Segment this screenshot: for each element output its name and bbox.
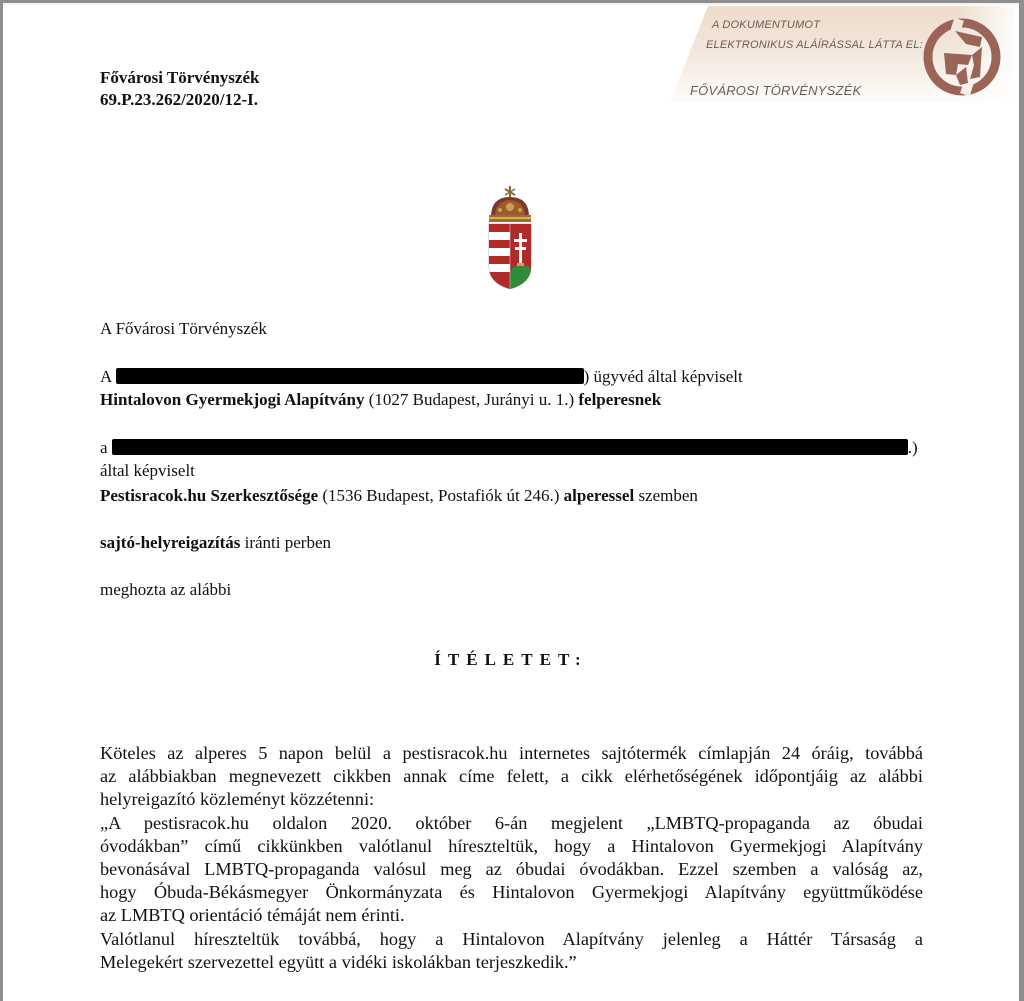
verdict-title: ÍTÉLETET: bbox=[3, 648, 1019, 671]
page-edge bbox=[3, 3, 1019, 5]
court-header: Fővárosi Törvényszék 69.P.23.262/2020/12… bbox=[100, 67, 259, 111]
delivered-line: meghozta az alábbi bbox=[100, 578, 231, 601]
plaintiff-line: Hintalovon Gyermekjogi Alapítvány (1027 … bbox=[100, 388, 661, 411]
case-type: sajtó-helyreigazítás bbox=[100, 533, 240, 552]
case-number: 69.P.23.262/2020/12-I. bbox=[100, 89, 259, 111]
defendant-name: Pestisracok.hu Szerkesztősége bbox=[100, 486, 318, 505]
defendant-suffix: szemben bbox=[634, 486, 698, 505]
plaintiff-address: (1027 Budapest, Jurányi u. 1.) bbox=[364, 390, 578, 409]
plaintiff-rep-prefix: A bbox=[100, 367, 111, 386]
plaintiff-name: Hintalovon Gyermekjogi Alapítvány bbox=[100, 390, 364, 409]
verdict-line: hogy Óbuda-Békásmegyer Önkormányzata és … bbox=[100, 881, 923, 904]
plaintiff-role: felperesnek bbox=[578, 390, 661, 409]
verdict-line: helyreigazító közleményt közzétenni: bbox=[100, 788, 923, 811]
verdict-line: az LMBTQ orientáció témáját nem érinti. bbox=[100, 904, 923, 927]
verdict-line: Melegekért szervezettel együtt a vidéki … bbox=[100, 951, 923, 974]
stamp-line-2: ELEKTRONIKUS ALÁÍRÁSSAL LÁTTA EL: bbox=[706, 34, 923, 57]
hungarian-coat-of-arms-icon bbox=[483, 183, 537, 291]
defendant-rep-prefix: a bbox=[100, 438, 108, 457]
verdict-line: bevonásával LMBTQ-propaganda valósul meg… bbox=[100, 858, 923, 881]
verdict-line: Valótlanul híreszteltük továbbá, hogy a … bbox=[100, 928, 923, 951]
case-type-line: sajtó-helyreigazítás iránti perben bbox=[100, 531, 331, 554]
verdict-line: óvodákban” című cikkünkben valótlanul hí… bbox=[100, 835, 923, 858]
document-page: A DOKUMENTUMOT ELEKTRONIKUS ALÁÍRÁSSAL L… bbox=[3, 3, 1019, 1001]
defendant-address: (1536 Budapest, Postafiók út 246.) bbox=[318, 486, 564, 505]
electronic-signature-stamp: A DOKUMENTUMOT ELEKTRONIKUS ALÁÍRÁSSAL L… bbox=[670, 6, 1015, 102]
court-seal-logo-icon bbox=[922, 17, 1002, 97]
redacted-plaintiff-attorney bbox=[116, 368, 584, 384]
court-name: Fővárosi Törvényszék bbox=[100, 67, 259, 89]
defendant-representative-line-2: által képviselt bbox=[100, 459, 195, 482]
defendant-line: Pestisracok.hu Szerkesztősége (1536 Buda… bbox=[100, 484, 698, 507]
court-intro-line: A Fővárosi Törvényszék bbox=[100, 317, 267, 340]
redacted-defendant-attorney bbox=[112, 439, 908, 455]
case-type-rest: iránti perben bbox=[240, 533, 331, 552]
verdict-line: Köteles az alperes 5 napon belül a pesti… bbox=[100, 742, 923, 765]
defendant-representative-line: a .) bbox=[100, 436, 918, 459]
verdict-line: „A pestisracok.hu oldalon 2020. október … bbox=[100, 812, 923, 835]
verdict-body: Köteles az alperes 5 napon belül a pesti… bbox=[100, 742, 923, 974]
plaintiff-representative-line: A ) ügyvéd által képviselt bbox=[100, 365, 743, 388]
stamp-court-name: FŐVÁROSI TÖRVÉNYSZÉK bbox=[690, 79, 861, 102]
plaintiff-rep-suffix: ) ügyvéd által képviselt bbox=[584, 367, 743, 386]
defendant-role: alperessel bbox=[564, 486, 635, 505]
verdict-line: az alábbiakban megnevezett cikkben annak… bbox=[100, 765, 923, 788]
defendant-rep-suffix: .) bbox=[908, 438, 918, 457]
